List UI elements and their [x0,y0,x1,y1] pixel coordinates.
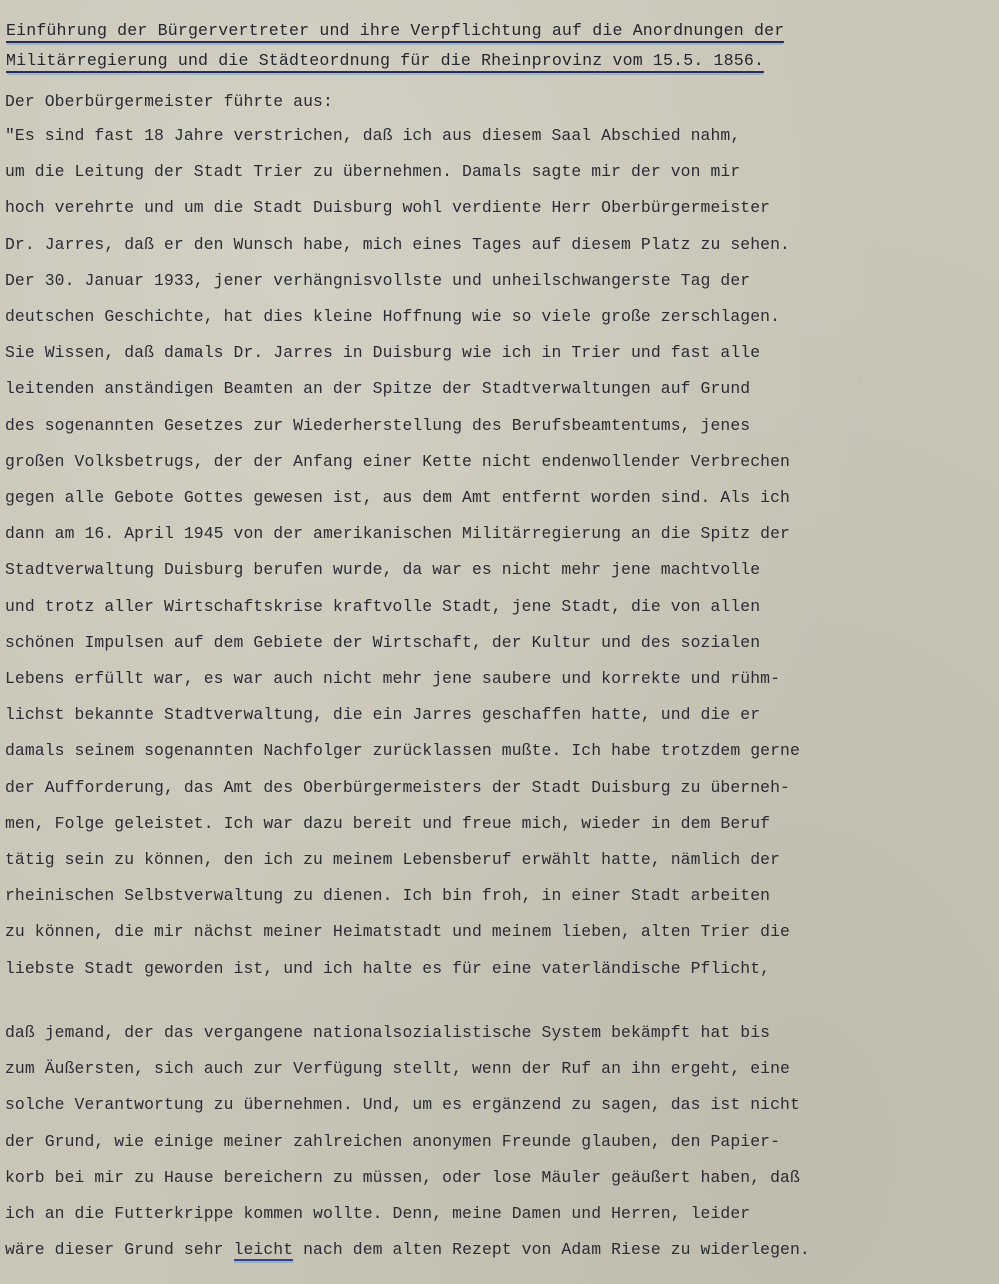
underlined-word: leicht [234,1240,294,1261]
text-line: korb bei mir zu Hause bereichern zu müss… [5,1168,800,1188]
text-line: des sogenannten Gesetzes zur Wiederherst… [5,416,750,436]
text-line: lichst bekannte Stadtverwaltung, die ein… [5,705,760,725]
text-line: zum Äußersten, sich auch zur Verfügung s… [5,1059,790,1079]
text-line: Lebens erfüllt war, es war auch nicht me… [5,669,780,689]
final-line-end: nach dem alten Rezept von Adam Riese zu … [293,1240,810,1259]
text-line: "Es sind fast 18 Jahre verstrichen, daß … [5,126,740,146]
text-line: liebste Stadt geworden ist, und ich halt… [5,959,770,979]
text-line: men, Folge geleistet. Ich war dazu berei… [5,814,770,834]
text-line: ich an die Futterkrippe kommen wollte. D… [5,1204,750,1224]
text-line: damals seinem sogenannten Nachfolger zur… [5,741,800,761]
text-line: rheinischen Selbstverwaltung zu dienen. … [5,886,770,906]
text-line: Stadtverwaltung Duisburg berufen wurde, … [5,560,760,580]
text-line: Sie Wissen, daß damals Dr. Jarres in Dui… [5,343,760,363]
document-heading: Einführung der Bürgervertreter und ihre … [6,18,966,78]
text-line: solche Verantwortung zu übernehmen. Und,… [5,1095,800,1115]
text-line: großen Volksbetrugs, der der Anfang eine… [5,452,790,472]
intro-line: Der Oberbürgermeister führte aus: [5,92,333,112]
text-line: daß jemand, der das vergangene nationals… [5,1023,770,1043]
final-text-line: wäre dieser Grund sehr leicht nach dem a… [5,1240,810,1260]
text-line: deutschen Geschichte, hat dies kleine Ho… [5,307,780,327]
text-line: schönen Impulsen auf dem Gebiete der Wir… [5,633,760,653]
text-line: leitenden anständigen Beamten an der Spi… [5,379,750,399]
text-line: tätig sein zu können, den ich zu meinem … [5,850,780,870]
typewritten-page: Einführung der Bürgervertreter und ihre … [0,0,999,1284]
text-line: der Aufforderung, das Amt des Oberbürger… [5,778,790,798]
text-line: und trotz aller Wirtschaftskrise kraftvo… [5,597,760,617]
text-line: dann am 16. April 1945 von der amerikani… [5,524,790,544]
text-line: Der 30. Januar 1933, jener verhängnisvol… [5,271,750,291]
final-line-start: wäre dieser Grund sehr [5,1240,234,1259]
heading-line-1: Einführung der Bürgervertreter und ihre … [6,18,966,48]
text-line: der Grund, wie einige meiner zahlreichen… [5,1132,780,1152]
text-line: Dr. Jarres, daß er den Wunsch habe, mich… [5,235,790,255]
text-line: zu können, die mir nächst meiner Heimats… [5,922,790,942]
text-line: hoch verehrte und um die Stadt Duisburg … [5,198,770,218]
text-line: gegen alle Gebote Gottes gewesen ist, au… [5,488,790,508]
heading-line-2: Militärregierung und die Städteordnung f… [6,48,966,78]
text-line: um die Leitung der Stadt Trier zu überne… [5,162,740,182]
